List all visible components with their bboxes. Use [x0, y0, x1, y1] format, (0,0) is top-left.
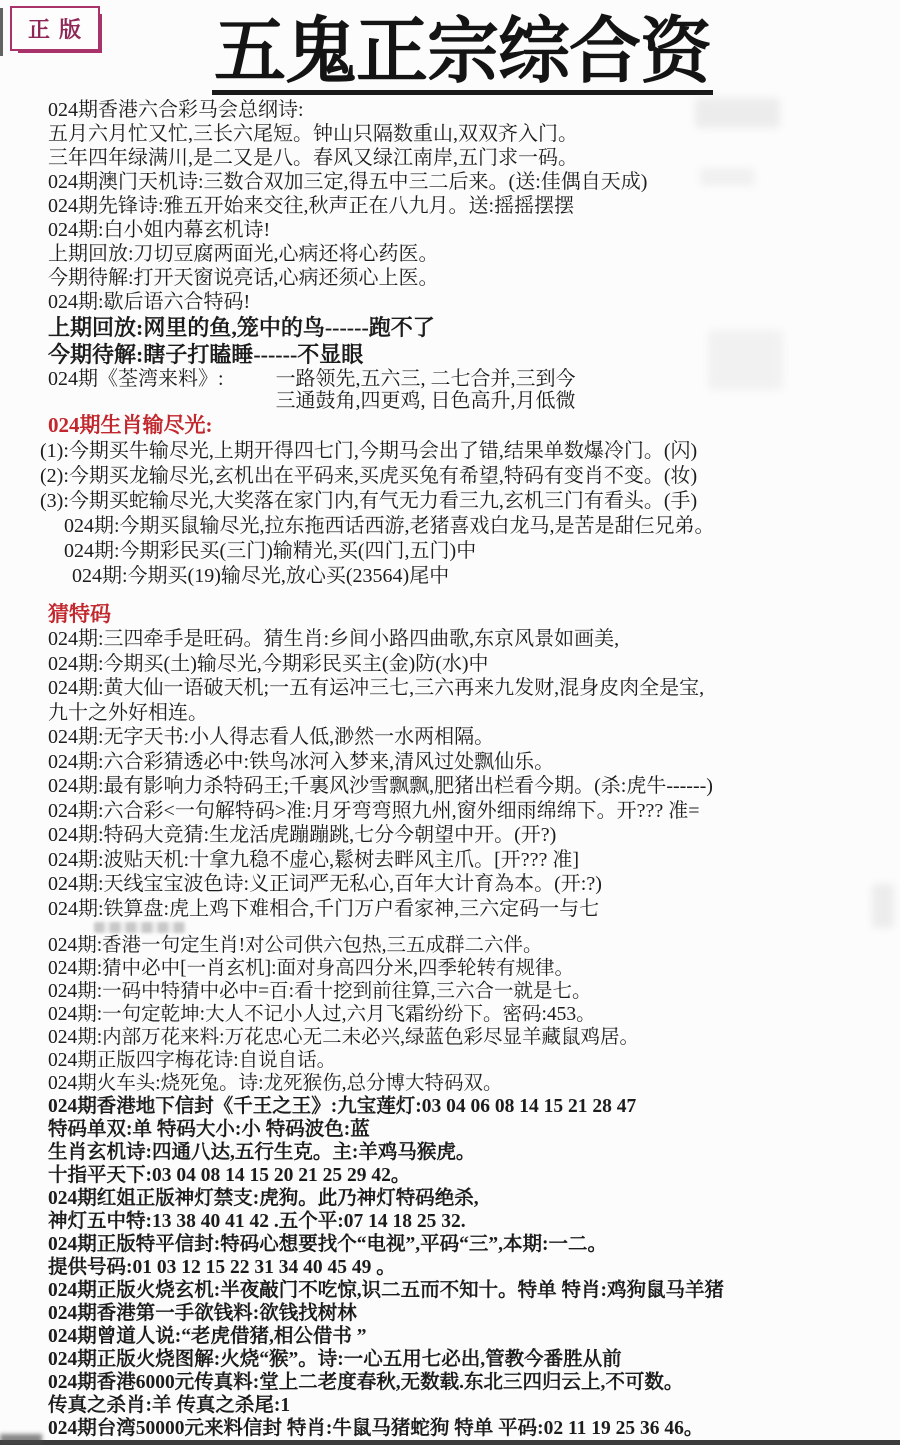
section-shujin: 024期生肖输尽光:(1):今期买牛输尽光,上期开得四七门,今期马会出了错,结果… [48, 412, 900, 589]
text-line: 024期:歇后语六合特码! [48, 290, 900, 314]
right-column-line: 一路领先,五六三, 二七合并,三到今 [276, 368, 576, 390]
scan-bottom-corner-artifact [0, 1434, 42, 1445]
text-line: 024期香港第一手欲钱料:欲钱找树林 [48, 1302, 900, 1325]
text-line: 024期:今期彩民买(三门)输精光,买(四门,五门)中 [64, 539, 900, 564]
text-line: 024期:香港一句定生肖!对公司供六包热,三五成群二六伴。 [48, 934, 900, 957]
text-line: 024期:一码中特猜中必中=百:看十挖到前往算,三六合一就是七。 [48, 980, 900, 1003]
right-column: 一路领先,五六三, 二七合并,三到今三通鼓角,四更鸡, 日色高升,月低微 [276, 368, 576, 412]
text-line: 024期:天线宝宝波色诗:义正词严无私心,百年大计育為本。(开:?) [48, 872, 900, 897]
text-line: 九十之外好相连。 [48, 701, 900, 726]
text-line: 024期:铁算盘:虎上鸡下难相合,千门万户看家神,三六定码一与七 [48, 897, 900, 922]
text-line: 024期《荃湾来料》:一路领先,五六三, 二七合并,三到今三通鼓角,四更鸡, 日… [48, 368, 900, 412]
text-line: 024期曾道人说:“老虎借猪,相公借书 ” [48, 1325, 900, 1348]
text-line: 上期回放:刀切豆腐两面光,心病还将心药医。 [48, 242, 900, 266]
text-line: 提供号码:01 03 12 15 22 31 34 40 45 49 。 [48, 1256, 900, 1279]
text-line: 五月六月忙又忙,三长六尾短。钟山只隔数重山,双双齐入门。 [48, 122, 900, 146]
section-cai: 猜特码024期:三四牵手是旺码。猜生肖:乡间小路四曲歌,东京风景如画美,024期… [48, 601, 900, 921]
text-line: 024期澳门天机诗:三数合双加三定,得五中三二后来。(送:佳偶自天成) [48, 170, 900, 194]
text-line: 024期:猜中必中[一肖玄机]:面对身高四分米,四季轮转有规律。 [48, 957, 900, 980]
text-line: 024期:三四牵手是旺码。猜生肖:乡间小路四曲歌,东京风景如画美, [48, 627, 900, 652]
text-line: 传真之杀肖:羊 传真之杀尾:1 [48, 1394, 900, 1417]
text-line: 今期待解:打开天窗说亮话,心病还须心上医。 [48, 266, 900, 290]
section-ding: 024期:香港一句定生肖!对公司供六包热,三五成群二六伴。024期:猜中必中[一… [48, 922, 900, 1440]
genuine-version-badge-label: 正版 [28, 17, 90, 42]
scan-bottom-edge-bar [0, 1440, 900, 1445]
text-line: 三年四年绿满川,是二又是八。春风又绿江南岸,五门求一码。 [48, 146, 900, 170]
text-line: 024期香港六合彩马会总纲诗: [48, 98, 900, 122]
text-line: 024期:波贴天机:十拿九稳不虚心,鬆树去畔风主爪。[开??? 准] [48, 848, 900, 873]
text-line: 十指平天下:03 04 08 14 15 20 21 25 29 42。 [48, 1164, 900, 1187]
text-line: 024期正版火烧图解:火烧“猴”。诗:一心五用七必出,管教今番胜从前 [48, 1348, 900, 1371]
text-line: 024期正版特平信封:特码心想要找个“电视”,平码“三”,本期:一二。 [48, 1233, 900, 1256]
text-line: 024期台湾50000元来料信封 特肖:牛鼠马猪蛇狗 特单 平码:02 11 1… [48, 1417, 900, 1440]
text-line: 024期香港6000元传真料:堂上二老度春秋,无数载.东北三四归云上,不可数。 [48, 1371, 900, 1394]
text-line: 024期:白小姐内幕玄机诗! [48, 218, 900, 242]
line-label: 024期《荃湾来料》: [48, 368, 224, 390]
text-line: 024期火车头:烧死兔。诗:龙死猴伤,总分博大特码双。 [48, 1072, 900, 1095]
text-line: (3):今期买蛇输尽光,大奖落在家门内,有气无力看三九,玄机三门有看头。(手) [40, 489, 900, 514]
content: 024期香港六合彩马会总纲诗:五月六月忙又忙,三长六尾短。钟山只隔数重山,双双齐… [48, 98, 900, 1440]
text-line: 024期:今期买(土)输尽光,今期彩民买主(金)防(水)中 [48, 652, 900, 677]
scanned-tip-sheet-page: 正版 五鬼正宗综合资 024期香港六合彩马会总纲诗:五月六月忙又忙,三长六尾短。… [0, 0, 900, 1445]
text-line: (1):今期买牛输尽光,上期开得四七门,今期马会出了错,结果单数爆冷门。(闪) [40, 439, 900, 464]
text-line: 024期:无字天书:小人得志看人低,渺然一水两相隔。 [48, 725, 900, 750]
text-line: 024期:今期买鼠输尽光,拉东拖西话西游,老猪喜戏白龙马,是苦是甜仨兄弟。 [64, 514, 900, 539]
text-line: 生肖玄机诗:四通八达,五行生克。主:羊鸡马猴虎。 [48, 1141, 900, 1164]
scan-edge-artifact [0, 8, 3, 56]
text-line: 024期:特码大竞猜:生龙活虎蹦蹦跳,七分今朝望中开。(开?) [48, 823, 900, 848]
text-line: 今期待解:瞎子打瞌睡------不显眼 [48, 341, 900, 368]
section-heading: 024期生肖输尽光: [48, 412, 900, 439]
section-top: 024期香港六合彩马会总纲诗:五月六月忙又忙,三长六尾短。钟山只隔数重山,双双齐… [48, 98, 900, 412]
page-title: 五鬼正宗综合资 [212, 16, 713, 95]
genuine-version-badge: 正版 [10, 6, 100, 51]
text-line: (2):今期买龙输尽光,玄机出在平码来,买虎买兔有希望,特码有变肖不变。(妆) [40, 464, 900, 489]
text-line: 024期香港地下信封《千王之王》:九宝莲灯:03 04 06 08 14 15 … [48, 1095, 900, 1118]
erased-text-artifact [94, 922, 186, 933]
text-line: 024期正版四字梅花诗:自说自话。 [48, 1049, 900, 1072]
text-line: 024期:一句定乾坤:大人不记小人过,六月飞霜纷纷下。密码:453。 [48, 1003, 900, 1026]
text-line: 024期:六合彩<一句解特码>准:月牙弯弯照九州,窗外细雨绵绵下。开??? 准= [48, 799, 900, 824]
text-line: 024期:最有影响力杀特码王;千裏风沙雪飘飘,肥猪出栏看今期。(杀:虎牛----… [48, 774, 900, 799]
text-line: 上期回放:网里的鱼,笼中的鸟------跑不了 [48, 314, 900, 341]
section-heading: 猜特码 [48, 601, 900, 627]
text-line: 024期:六合彩猜透必中:铁鸟冰河入梦来,清风过处飘仙乐。 [48, 750, 900, 775]
text-line: 024期:内部万花来料:万花忠心无二未必兴,绿蓝色彩尽显羊藏鼠鸡居。 [48, 1026, 900, 1049]
text-line: 024期:今期买(19)输尽光,放心买(23564)尾中 [72, 564, 900, 589]
text-line: 024期:黄大仙一语破天机;一五有运冲三七,三六再来九发财,混身皮肉全是宝, [48, 676, 900, 701]
text-line: 神灯五中特:13 38 40 41 42 .五个平:07 14 18 25 32… [48, 1210, 900, 1233]
right-column-line: 三通鼓角,四更鸡, 日色高升,月低微 [276, 390, 576, 412]
text-line: 特码单双:单 特码大小:小 特码波色:蓝 [48, 1118, 900, 1141]
text-line: 024期红姐正版神灯禁支:虎狗。此乃神灯特码绝杀, [48, 1187, 900, 1210]
text-line: 024期正版火烧玄机:半夜敲门不吃惊,识二五而不知十。特单 特肖:鸡狗鼠马羊猪 [48, 1279, 900, 1302]
text-line: 024期先锋诗:雅五开始来交往,秋声正在八九月。送:摇摇摆摆 [48, 194, 900, 218]
